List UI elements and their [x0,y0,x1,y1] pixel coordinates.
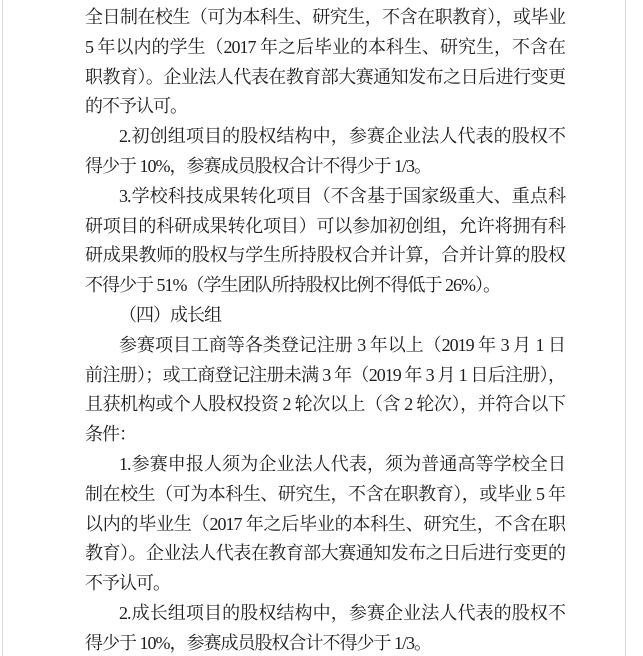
page-right-edge-line [625,0,626,656]
text-line: 全日制在校生（可为本科生、研究生，不含在职教育），或毕业 [85,3,565,33]
text-line: 以内的毕业生（2017 年之后毕业的本科生、研究生，不含在职 [85,510,565,540]
text-line: 研项目的科研成果转化项目）可以参加初创组，允许将拥有科 [85,212,565,242]
document-text-column: 全日制在校生（可为本科生、研究生，不含在职教育），或毕业 5 年以内的学生（20… [85,3,565,656]
text-line: 制在校生（可为本科生、研究生，不含在职教育），或毕业 5 年 [85,480,565,510]
text-line: 的不予认可。 [85,92,565,122]
text-line: 2.成长组项目的股权结构中，参赛企业法人代表的股权不 [85,599,565,629]
document-viewer: 全日制在校生（可为本科生、研究生，不含在职教育），或毕业 5 年以内的学生（20… [0,0,643,656]
text-line: 不得少于 51%（学生团队所持股权比例不得低于 26%）。 [85,271,565,301]
text-line: 参赛项目工商等各类登记注册 3 年以上（2019 年 3 月 1 日 [85,331,565,361]
text-line: 得少于 10%，参赛成员股权合计不得少于 1/3。 [85,152,565,182]
text-line: 3.学校科技成果转化项目（不含基于国家级重大、重点科 [85,182,565,212]
text-line: 得少于 10%，参赛成员股权合计不得少于 1/3。 [85,629,565,656]
text-line: 1.参赛申报人须为企业法人代表，须为普通高等学校全日 [85,450,565,480]
text-line: 且获机构或个人股权投资 2 轮次以上（含 2 轮次），并符合以下 [85,390,565,420]
text-line: 2.初创组项目的股权结构中，参赛企业法人代表的股权不 [85,122,565,152]
text-line: 教育）。企业法人代表在教育部大赛通知发布之日后进行变更的 [85,539,565,569]
text-line: 5 年以内的学生（2017 年之后毕业的本科生、研究生，不含在 [85,33,565,63]
section-heading: （四）成长组 [85,301,565,331]
text-line: 研成果教师的股权与学生所持股权合并计算，合并计算的股权 [85,241,565,271]
text-line: 条件： [85,420,565,450]
text-line: 职教育）。企业法人代表在教育部大赛通知发布之日后进行变更 [85,63,565,93]
page-left-edge-line [2,0,3,656]
text-line: 不予认可。 [85,569,565,599]
text-line: 前注册）；或工商登记注册未满 3 年（2019 年 3 月 1 日后注册）， [85,361,565,391]
